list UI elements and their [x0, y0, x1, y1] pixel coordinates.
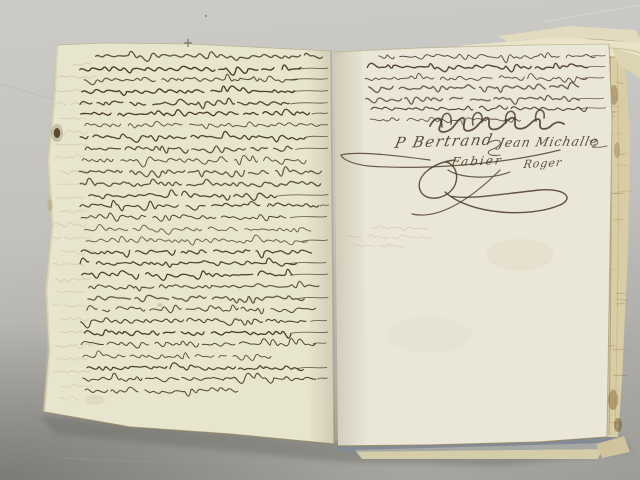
signature-text: Roger: [522, 156, 564, 171]
manuscript-photo-canvas: P Bertrand Jean Michalle Fabier Roger: [0, 0, 640, 480]
signature-text: Jean Michalle: [494, 133, 600, 150]
photograph-of-manuscript: P Bertrand Jean Michalle Fabier Roger: [0, 0, 640, 480]
signature-text: P Bertrand: [392, 131, 495, 152]
right-page: [334, 44, 612, 446]
signature-fabier: Fabier: [449, 153, 503, 169]
signature-text: Fabier: [449, 153, 503, 169]
signature-p-bertrand: P Bertrand: [392, 131, 495, 152]
signature-roger: Roger: [522, 156, 564, 171]
signature-jean-michalle: Jean Michalle: [494, 133, 600, 150]
